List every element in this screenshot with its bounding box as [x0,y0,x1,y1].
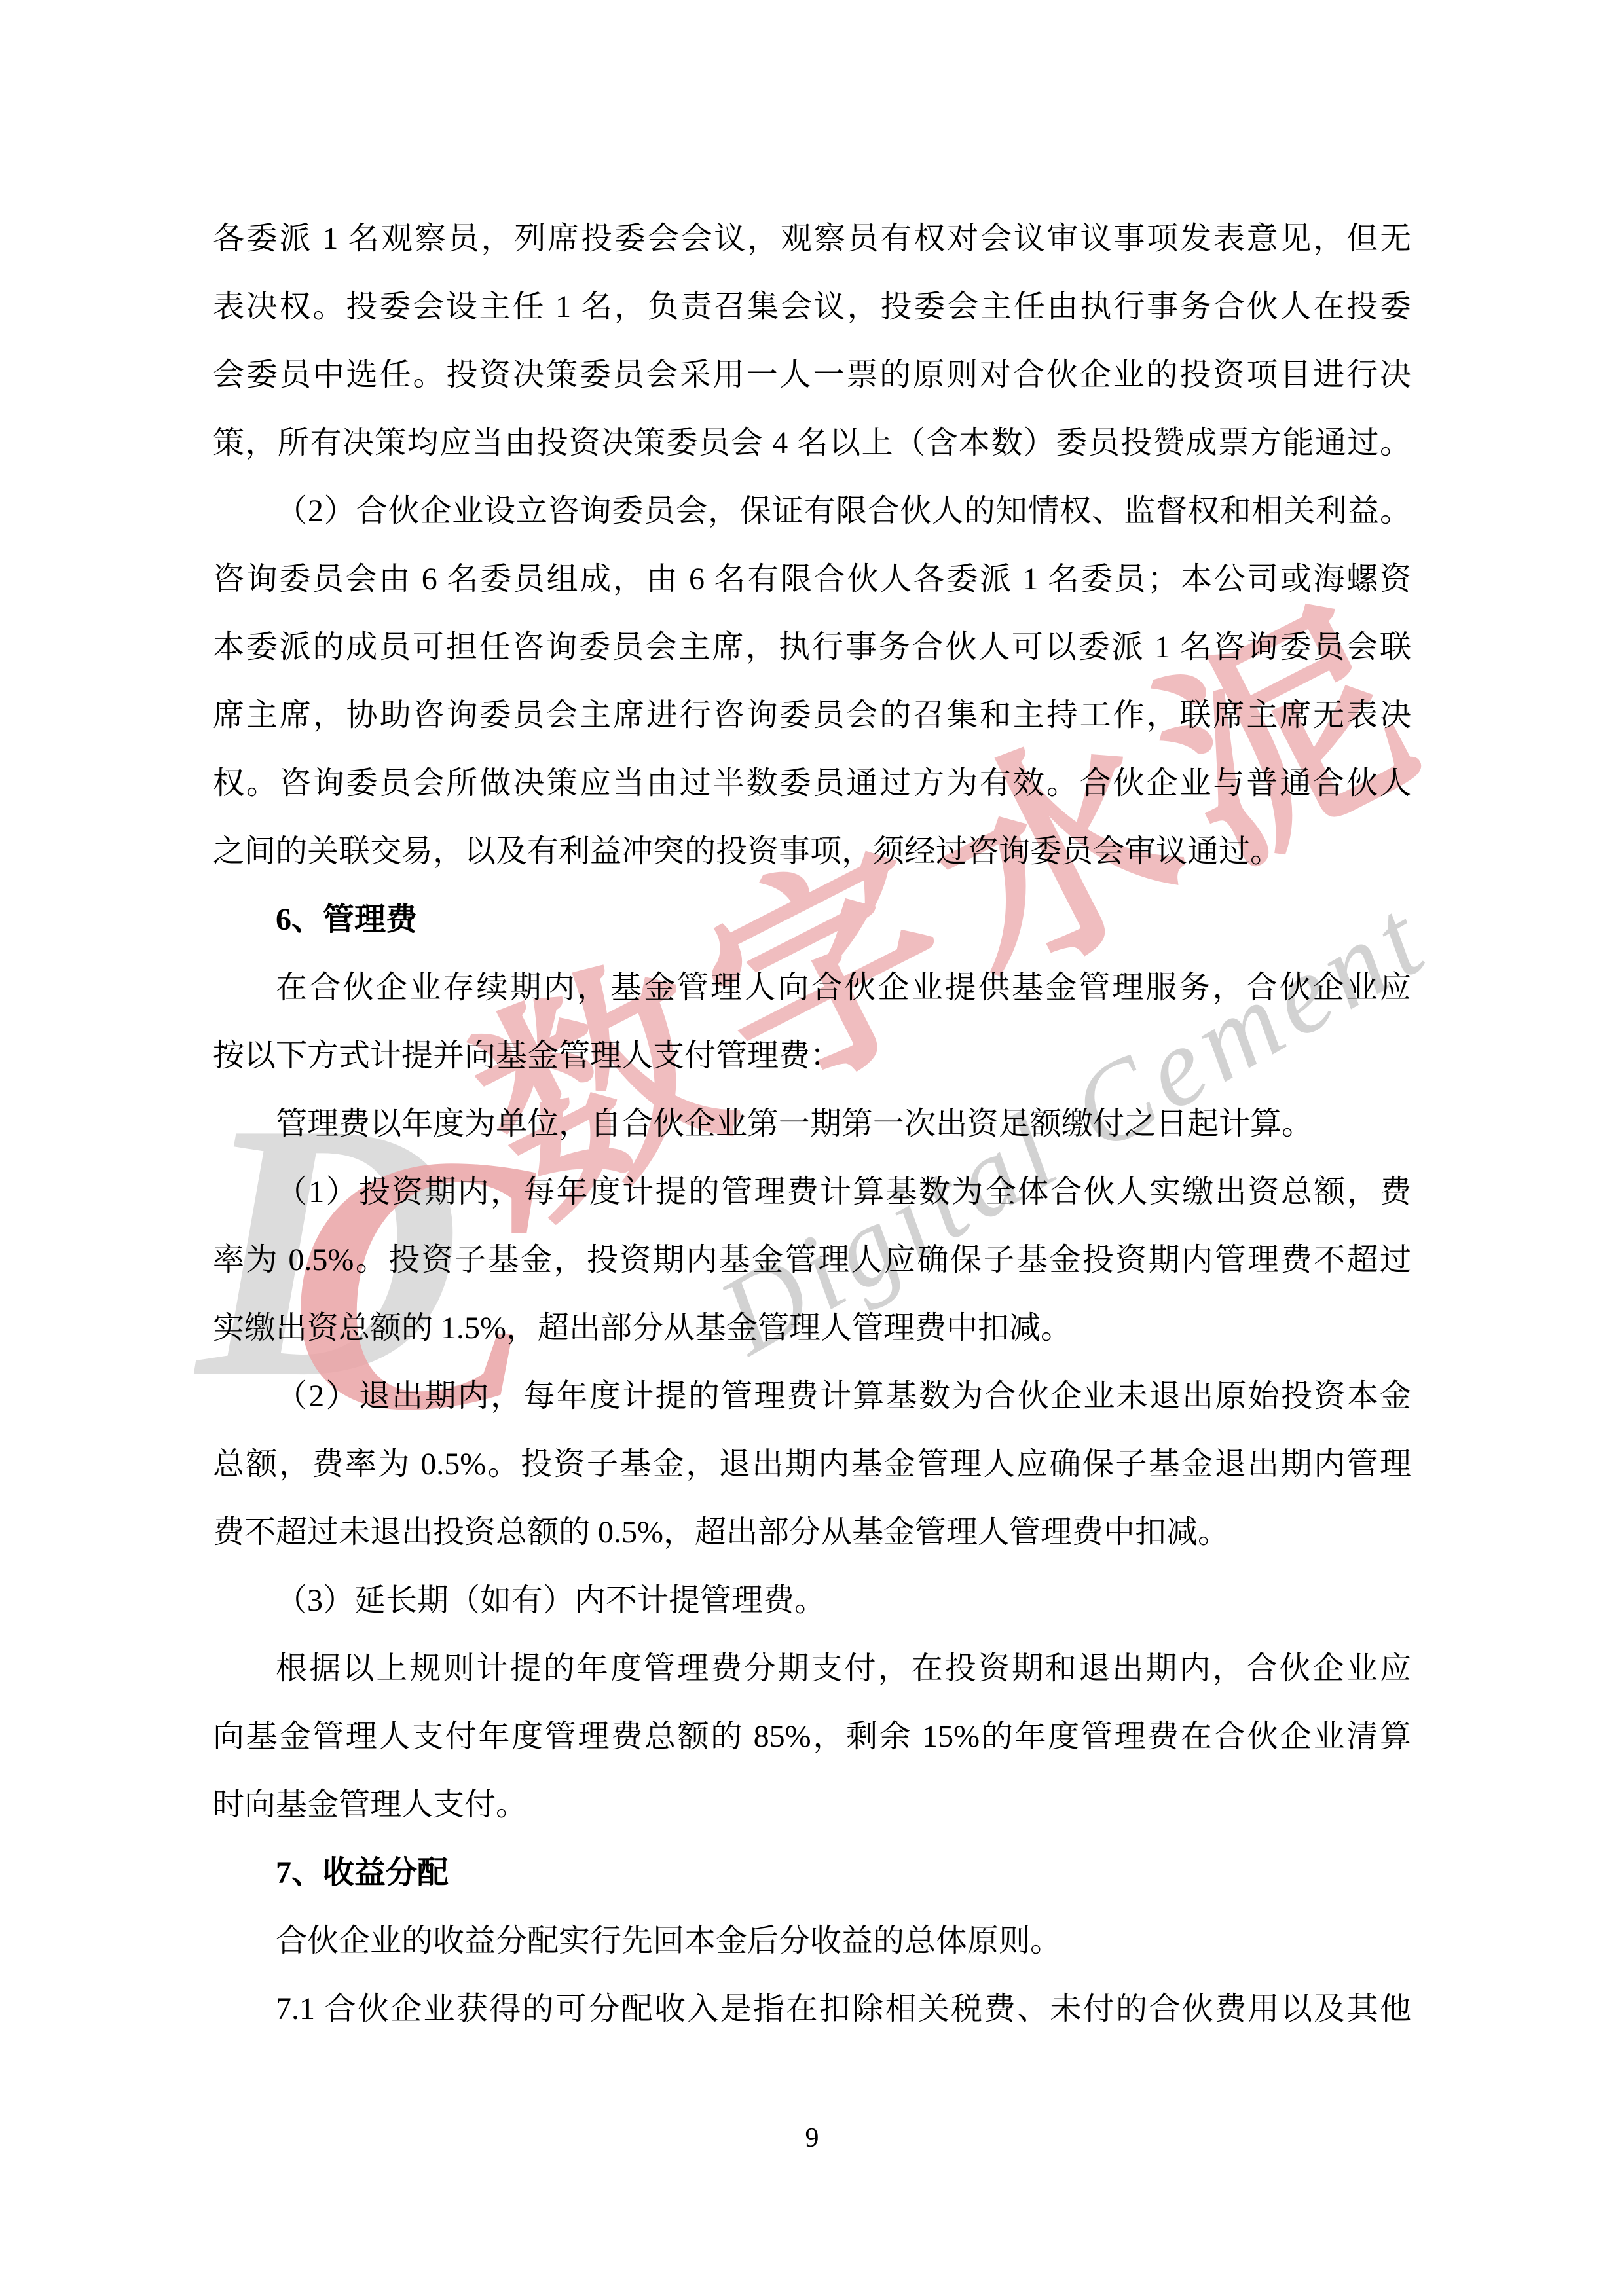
heading-line: 6、管理费 [213,886,1411,954]
text-line: 策，所有决策均应当由投资决策委员会 4 名以上（含本数）委员投赞成票方能通过。 [213,409,1411,477]
page-number: 9 [0,2123,1624,2154]
text-line: 各委派 1 名观察员，列席投委会会议，观察员有权对会议审议事项发表意见，但无 [213,205,1411,273]
text-line: （1）投资期内，每年度计提的管理费计算基数为全体合伙人实缴出资总额，费 [213,1158,1411,1226]
text-line: 向基金管理人支付年度管理费总额的 85%，剩余 15%的年度管理费在合伙企业清算 [213,1703,1411,1771]
text-line: 会委员中选任。投资决策委员会采用一人一票的原则对合伙企业的投资项目进行决 [213,341,1411,409]
text-line: 根据以上规则计提的年度管理费分期支付，在投资期和退出期内，合伙企业应 [213,1635,1411,1703]
heading-line: 7、收益分配 [213,1839,1411,1907]
text-line: 权。咨询委员会所做决策应当由过半数委员通过方为有效。合伙企业与普通合伙人 [213,750,1411,818]
text-line: 席主席，协助咨询委员会主席进行咨询委员会的召集和主持工作，联席主席无表决 [213,682,1411,750]
text-line: 本委派的成员可担任咨询委员会主席，执行事务合伙人可以委派 1 名咨询委员会联 [213,613,1411,682]
text-line: （2）合伙企业设立咨询委员会，保证有限合伙人的知情权、监督权和相关利益。 [213,477,1411,545]
text-line: 率为 0.5%。投资子基金，投资期内基金管理人应确保子基金投资期内管理费不超过 [213,1226,1411,1294]
text-line: 表决权。投委会设主任 1 名，负责召集会议，投委会主任由执行事务合伙人在投委 [213,273,1411,341]
text-line: 在合伙企业存续期内，基金管理人向合伙企业提供基金管理服务，合伙企业应 [213,954,1411,1022]
text-line: 费不超过未退出投资总额的 0.5%，超出部分从基金管理人管理费中扣减。 [213,1499,1411,1567]
text-line: 咨询委员会由 6 名委员组成，由 6 名有限合伙人各委派 1 名委员；本公司或海… [213,545,1411,613]
text-line: （2）退出期内，每年度计提的管理费计算基数为合伙企业未退出原始投资本金 [213,1362,1411,1430]
text-line: 总额，费率为 0.5%。投资子基金，退出期内基金管理人应确保子基金退出期内管理 [213,1430,1411,1499]
text-line: 时向基金管理人支付。 [213,1771,1411,1839]
body-text: 各委派 1 名观察员，列席投委会会议，观察员有权对会议审议事项发表意见，但无表决… [213,205,1411,2043]
text-line: 之间的关联交易，以及有利益冲突的投资事项，须经过咨询委员会审议通过。 [213,818,1411,886]
text-line: 管理费以年度为单位，自合伙企业第一期第一次出资足额缴付之日起计算。 [213,1090,1411,1158]
document-page: D C 数字水泥 Digital Cement 各委派 1 名观察员，列席投委会… [0,0,1624,2296]
text-line: 按以下方式计提并向基金管理人支付管理费： [213,1022,1411,1090]
text-line: 7.1 合伙企业获得的可分配收入是指在扣除相关税费、未付的合伙费用以及其他 [213,1975,1411,2043]
text-line: 实缴出资总额的 1.5%，超出部分从基金管理人管理费中扣减。 [213,1294,1411,1362]
text-line: 合伙企业的收益分配实行先回本金后分收益的总体原则。 [213,1907,1411,1975]
text-line: （3）延长期（如有）内不计提管理费。 [213,1567,1411,1635]
